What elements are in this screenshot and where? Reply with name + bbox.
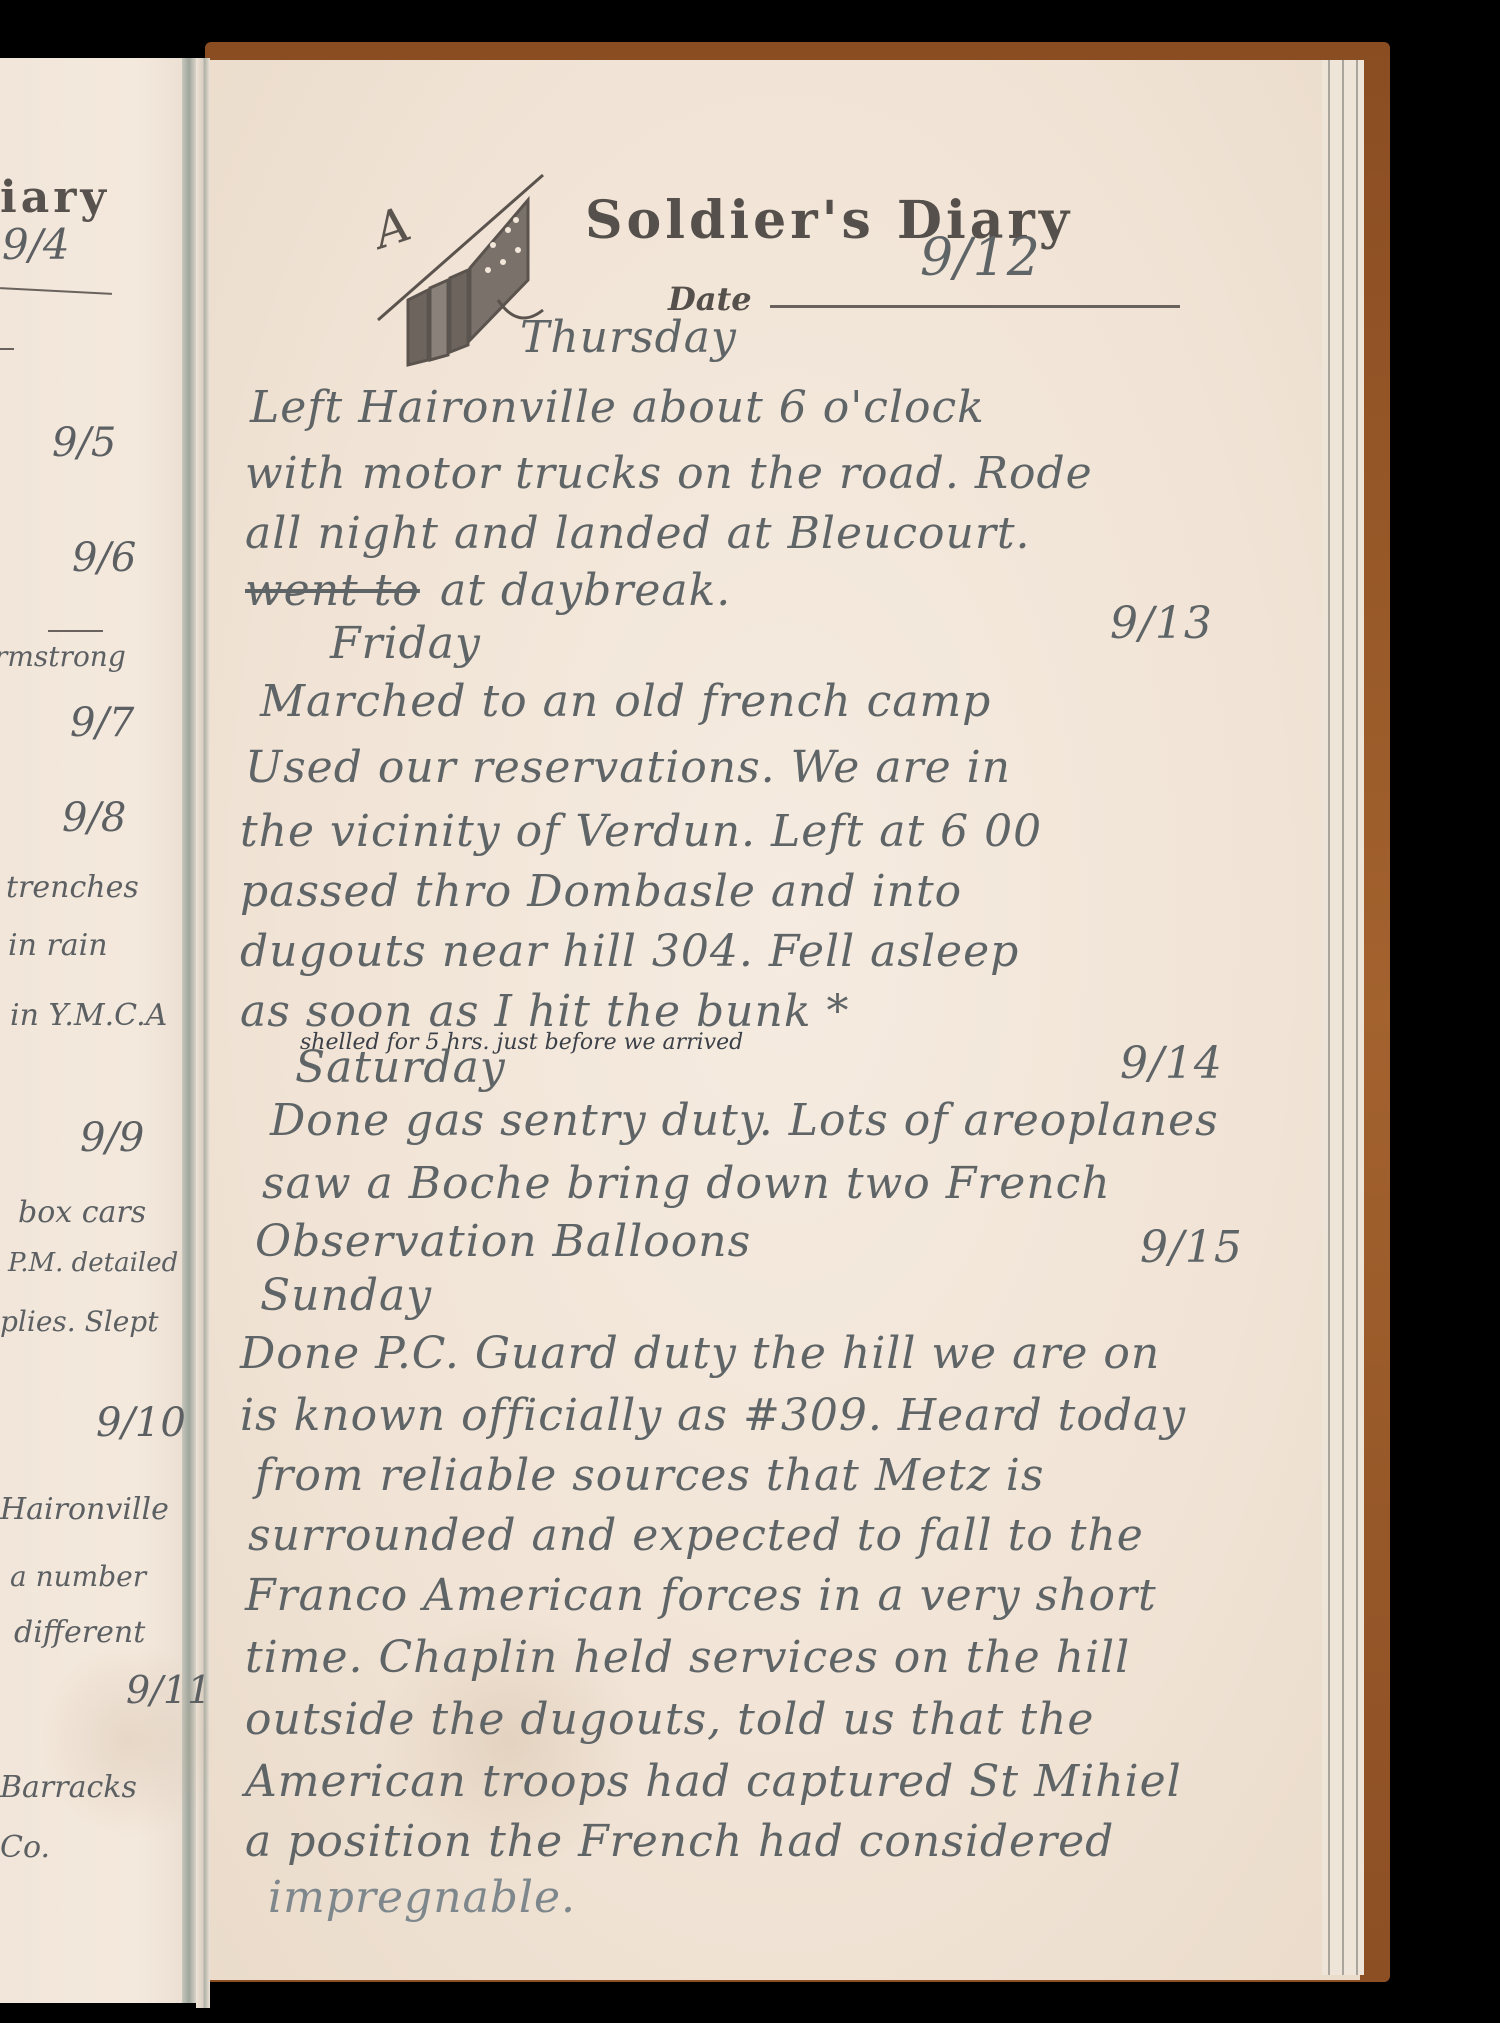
left-entry-text: in rain (8, 928, 108, 963)
left-entry-date: 9/10 (96, 1400, 186, 1446)
entry-line: the vicinity of Verdun. Left at 6 00 (240, 806, 1042, 857)
entry-date: 9/14 (1120, 1038, 1223, 1089)
entry-line: Marched to an old french camp (260, 676, 991, 727)
date-line (770, 305, 1180, 308)
entry-line: surrounded and expected to fall to the (248, 1510, 1144, 1561)
entry-line: outside the dugouts, told us that the (245, 1694, 1094, 1745)
entry-line: from reliable sources that Metz is (255, 1450, 1044, 1501)
entry-line: saw a Boche bring down two French (262, 1158, 1111, 1209)
entry-line: all night and landed at Bleucourt. (245, 508, 1031, 559)
entry-line: Done gas sentry duty. Lots of areoplanes (270, 1095, 1219, 1146)
left-entry-text: P.M. detailed (8, 1248, 178, 1278)
left-entry-text: Haironville (0, 1492, 169, 1527)
left-entry-text: rmstrong (0, 640, 126, 673)
left-entry-date: 9/9 (80, 1115, 144, 1161)
entry-line: Franco American forces in a very short (245, 1570, 1157, 1621)
entry-line: Done P.C. Guard duty the hill we are on (240, 1328, 1160, 1379)
left-entry-date: 9/7 (70, 700, 134, 746)
left-rule (0, 348, 14, 350)
entry-day: Friday (330, 618, 481, 669)
entry-date: 9/15 (1140, 1222, 1243, 1273)
left-entry-text: plies. Slept (0, 1305, 158, 1338)
left-entry-text: in Y.M.C.A (10, 998, 167, 1033)
left-entry-date: 9/5 (52, 420, 116, 466)
left-entry-text: Barracks (0, 1770, 137, 1805)
left-header-fragment: iary (0, 172, 110, 223)
entry-date: 9/13 (1110, 598, 1213, 649)
entry-line: passed thro Dombasle and into (240, 866, 962, 917)
entry-day: Saturday (295, 1042, 506, 1093)
entry-line: is known officially as #309. Heard today (240, 1390, 1186, 1441)
left-entry-text: Co. (0, 1830, 50, 1865)
left-entry-text: a number (10, 1560, 146, 1593)
entry-line: impregnable. (268, 1872, 576, 1923)
entry-line: American troops had captured St Mihiel (245, 1756, 1182, 1807)
entry-day: Sunday (260, 1270, 432, 1321)
entry-line: time. Chaplin held services on the hill (245, 1632, 1130, 1683)
left-entry-date: 9/6 (72, 535, 136, 581)
entry-line: Used our reservations. We are in (245, 742, 1011, 793)
entry-line: Left Haironville about 6 o'clock (250, 382, 985, 433)
left-entry-date: 9/11 (126, 1668, 211, 1712)
left-entry-date: 9/8 (62, 795, 126, 841)
left-entry-text: trenches (6, 870, 139, 905)
entry-line: a position the French had considered (245, 1816, 1114, 1867)
entry-line: with motor trucks on the road. Rode (245, 448, 1093, 499)
page-edges (1322, 60, 1364, 1975)
header-date-value: 9/12 (920, 228, 1041, 288)
entry-line: dugouts near hill 304. Fell asleep (240, 926, 1019, 977)
struck-text: went to (245, 565, 420, 616)
entry-day: Thursday (520, 312, 737, 363)
entry-line: Observation Balloons (255, 1216, 751, 1267)
left-date-fragment: 9/4 (2, 220, 70, 269)
left-entry-text: different (14, 1615, 145, 1650)
left-entry-text: box cars (18, 1195, 146, 1230)
entry-line: at daybreak. (440, 565, 731, 616)
left-rule (48, 630, 103, 632)
